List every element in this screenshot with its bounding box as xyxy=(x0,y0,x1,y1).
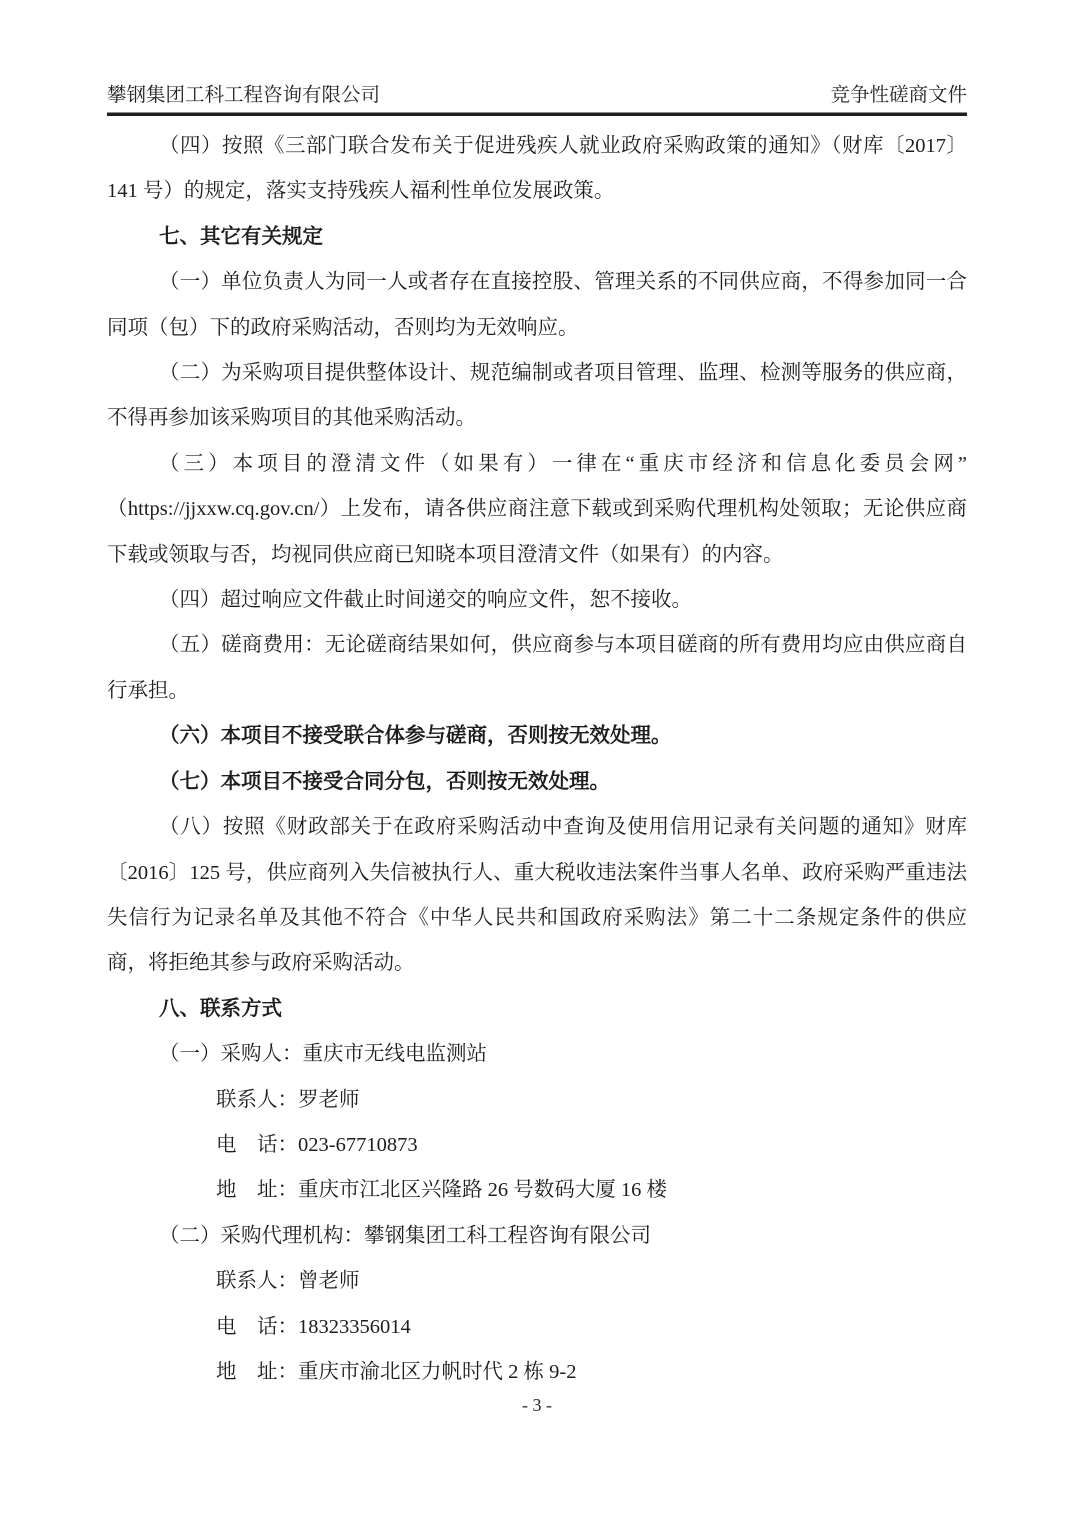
header-rule-divider xyxy=(107,112,967,116)
para-purchaser-name: （一）采购人：重庆市无线电监测站 xyxy=(107,1032,967,1077)
page-number: - 3 - xyxy=(522,1395,552,1415)
para-agency-contact-person: 联系人：曾老师 xyxy=(107,1259,967,1304)
page-header: 攀钢集团工科工程咨询有限公司 竞争性磋商文件 xyxy=(107,84,967,108)
para-design-service-supplier: （二）为采购项目提供整体设计、规范编制或者项目管理、监理、检测等服务的供应商，不… xyxy=(107,351,967,442)
document-page: 攀钢集团工科工程咨询有限公司 竞争性磋商文件 （四）按照《三部门联合发布关于促进… xyxy=(0,0,1074,1520)
para-agency-phone: 电 话：18323356014 xyxy=(107,1305,967,1350)
para-same-legal-representative: （一）单位负责人为同一人或者存在直接控股、管理关系的不同供应商，不得参加同一合同… xyxy=(107,260,967,351)
para-no-subcontracting: （七）本项目不接受合同分包，否则按无效处理。 xyxy=(107,760,967,805)
para-no-consortium: （六）本项目不接受联合体参与磋商，否则按无效处理。 xyxy=(107,714,967,759)
para-late-submission-rejected: （四）超过响应文件截止时间递交的响应文件，恕不接收。 xyxy=(107,578,967,623)
header-doc-type: 竞争性磋商文件 xyxy=(830,84,967,108)
para-clarification-documents: （三）本项目的澄清文件（如果有）一律在“重庆市经济和信息化委员会网”（https… xyxy=(107,442,967,578)
para-agency-address: 地 址：重庆市渝北区力帆时代 2 栋 9-2 xyxy=(107,1350,967,1395)
header-company-name: 攀钢集团工科工程咨询有限公司 xyxy=(107,84,380,108)
para-purchaser-address: 地 址：重庆市江北区兴隆路 26 号数码大厦 16 楼 xyxy=(107,1168,967,1213)
page-footer: - 3 - xyxy=(0,1392,1074,1418)
para-purchaser-contact-person: 联系人：罗老师 xyxy=(107,1078,967,1123)
para-consultation-cost: （五）磋商费用：无论磋商结果如何，供应商参与本项目磋商的所有费用均应由供应商自行… xyxy=(107,623,967,714)
document-body: （四）按照《三部门联合发布关于促进残疾人就业政府采购政策的通知》（财库〔2017… xyxy=(107,124,967,1395)
para-credit-record-check: （八）按照《财政部关于在政府采购活动中查询及使用信用记录有关问题的通知》财库〔2… xyxy=(107,805,967,987)
para-agency-name: （二）采购代理机构：攀钢集团工科工程咨询有限公司 xyxy=(107,1214,967,1259)
para-purchaser-phone: 电 话：023-67710873 xyxy=(107,1123,967,1168)
heading-other-provisions: 七、其它有关规定 xyxy=(107,215,967,260)
heading-contact-info: 八、联系方式 xyxy=(107,987,967,1032)
para-disability-employment-policy: （四）按照《三部门联合发布关于促进残疾人就业政府采购政策的通知》（财库〔2017… xyxy=(107,124,967,215)
